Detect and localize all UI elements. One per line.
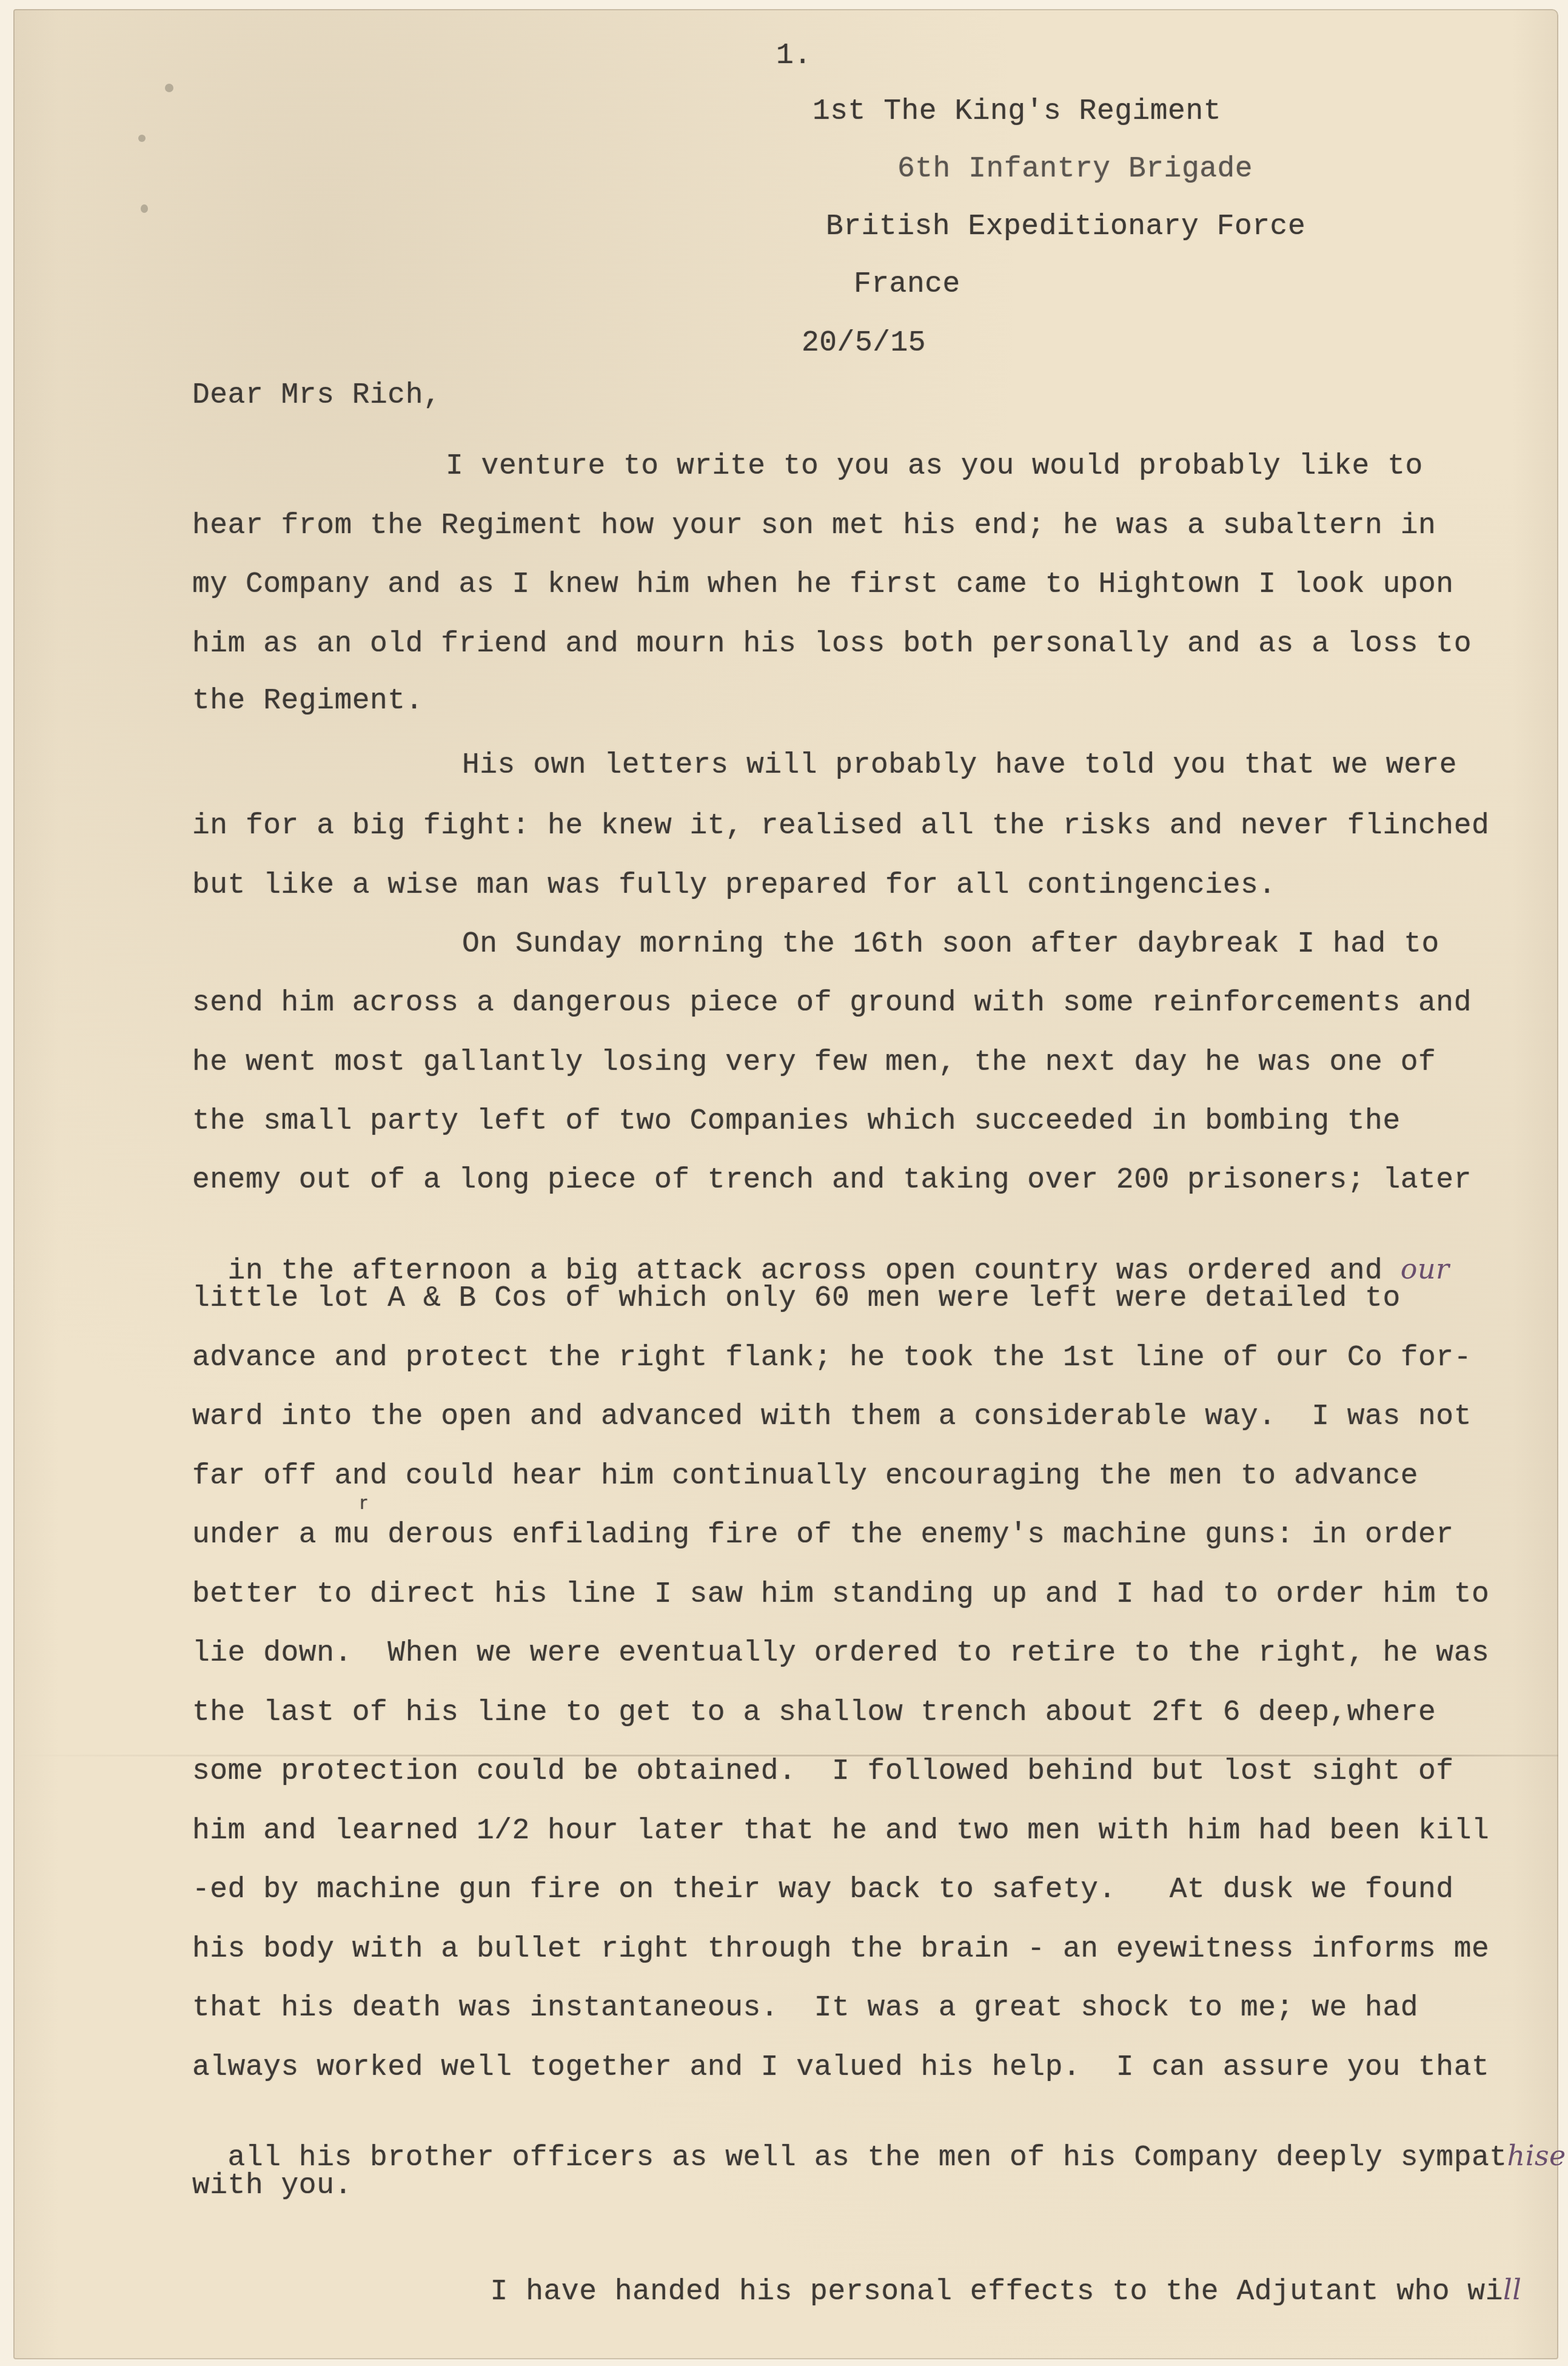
handwritten-correction: hise bbox=[1507, 2139, 1566, 2172]
body-line: little lot A & B Cos of which only 60 me… bbox=[192, 1284, 1401, 1313]
header-date: 20/5/15 bbox=[802, 329, 926, 358]
body-line: lie down. When we were eventually ordere… bbox=[192, 1639, 1489, 1668]
body-line: enemy out of a long piece of trench and … bbox=[192, 1166, 1472, 1195]
body-line: hear from the Regiment how your son met … bbox=[192, 511, 1436, 540]
body-line: I have handed his personal effects to th… bbox=[455, 2246, 1521, 2307]
body-line: always worked well together and I valued… bbox=[192, 2053, 1489, 2082]
body-line: I venture to write to you as you would p… bbox=[446, 452, 1423, 481]
header-country: France bbox=[854, 270, 960, 299]
body-line: in the afternoon a big attack across ope… bbox=[192, 1225, 1450, 1286]
handwritten-insertion: r bbox=[360, 1489, 367, 1518]
body-line: but like a wise man was fully prepared f… bbox=[192, 871, 1276, 900]
body-line: he went most gallantly losing very few m… bbox=[192, 1048, 1436, 1077]
body-line: advance and protect the right flank; he … bbox=[192, 1343, 1472, 1373]
body-line: far off and could hear him continually e… bbox=[192, 1462, 1418, 1491]
body-line: the last of his line to get to a shallow… bbox=[192, 1698, 1436, 1727]
body-line: him as an old friend and mourn his loss … bbox=[192, 630, 1472, 659]
body-line: that his death was instantaneous. It was… bbox=[192, 1994, 1418, 2023]
paper-mark bbox=[138, 135, 146, 142]
body-line: better to direct his line I saw him stan… bbox=[192, 1580, 1489, 1609]
body-line: His own letters will probably have told … bbox=[462, 751, 1457, 780]
body-line: him and learned 1/2 hour later that he a… bbox=[192, 1817, 1489, 1846]
body-line: ward into the open and advanced with the… bbox=[192, 1402, 1472, 1431]
page-number: 1. bbox=[776, 41, 812, 70]
salutation: Dear Mrs Rich, bbox=[192, 381, 441, 410]
body-line: some protection could be obtained. I fol… bbox=[192, 1757, 1454, 1786]
body-line: my Company and as I knew him when he fir… bbox=[192, 570, 1454, 599]
body-line: in for a big fight: he knew it, realised… bbox=[192, 812, 1489, 841]
paper-mark bbox=[165, 84, 173, 92]
body-line: the Regiment. bbox=[192, 687, 423, 716]
body-line: send him across a dangerous piece of gro… bbox=[192, 989, 1472, 1018]
header-unit: 1st The King's Regiment bbox=[812, 97, 1221, 126]
body-line: all his brother officers as well as the … bbox=[192, 2112, 1566, 2173]
body-line: under a mu derous enfilading fire of the… bbox=[192, 1521, 1454, 1550]
body-line: On Sunday morning the 16th soon after da… bbox=[462, 930, 1439, 959]
paper-mark bbox=[141, 204, 148, 213]
body-line: his body with a bullet right through the… bbox=[192, 1935, 1489, 1964]
body-line: the small party left of two Companies wh… bbox=[192, 1107, 1401, 1136]
body-line-text: I have handed his personal effects to th… bbox=[491, 2276, 1503, 2308]
body-line-text: all his brother officers as well as the … bbox=[228, 2142, 1507, 2174]
body-line: with you. bbox=[192, 2171, 352, 2200]
header-force: British Expeditionary Force bbox=[826, 212, 1305, 241]
handwritten-correction: ll bbox=[1503, 2273, 1521, 2306]
body-line: -ed by machine gun fire on their way bac… bbox=[192, 1875, 1454, 1904]
handwritten-correction: our bbox=[1401, 1252, 1450, 1285]
header-brigade: 6th Infantry Brigade bbox=[897, 155, 1253, 184]
